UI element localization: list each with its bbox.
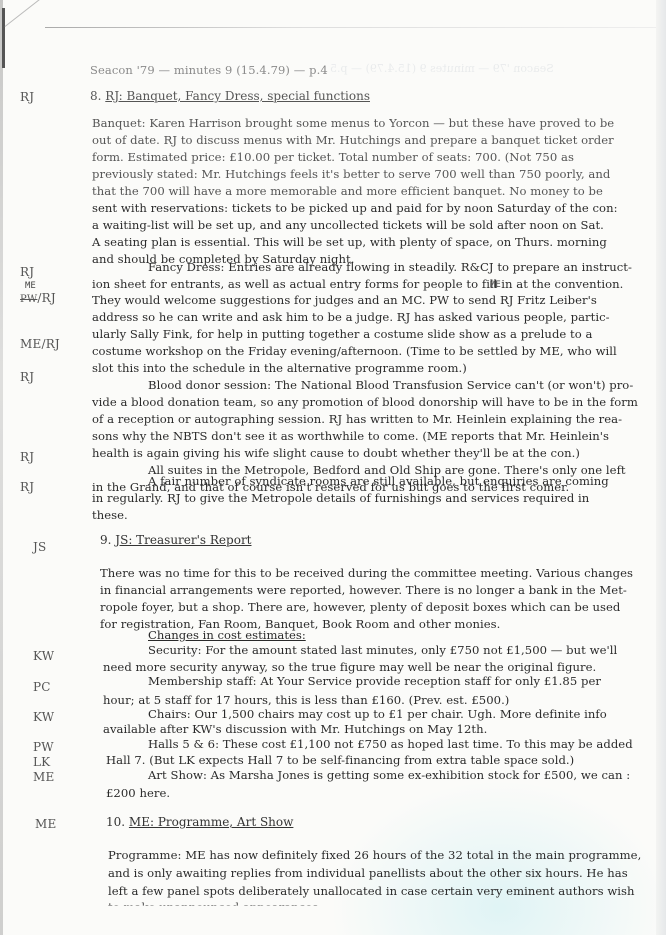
text-line: Chairs: Our 1,500 chairs may cost up to … bbox=[148, 707, 607, 721]
page-header: Seacon '79 — minutes 9 (15.4.79) — p.4 bbox=[90, 63, 328, 77]
text-line: A seating plan is essential. This will b… bbox=[92, 235, 607, 249]
text-line: costume workshop on the Friday evening/a… bbox=[92, 344, 617, 358]
text-line: Hall 7. (But LK expects Hall 7 to be sel… bbox=[106, 753, 574, 767]
text-line: Halls 5 & 6: These cost £1,100 not £750 … bbox=[148, 737, 633, 751]
handwritten-annotation: ME bbox=[25, 281, 36, 291]
text-line: Art Show: As Marsha Jones is getting som… bbox=[148, 768, 630, 782]
text-line: and is only awaiting replies from indivi… bbox=[108, 866, 628, 880]
text-line: ion sheet for entrants, as well as actua… bbox=[92, 277, 623, 291]
text-line-cut-off: to make unannounced appearances. bbox=[108, 900, 322, 914]
text-line: Blood donor session: The National Blood … bbox=[148, 378, 633, 392]
text-line: these. bbox=[92, 508, 128, 522]
section-heading: 9. JS: Treasurer's Report bbox=[100, 533, 252, 547]
section-number: 10. bbox=[106, 815, 125, 829]
text-line: left a few panel spots deliberately unal… bbox=[108, 884, 635, 898]
text-line: There was no time for this to be receive… bbox=[100, 566, 633, 580]
margin-tag: ME bbox=[35, 817, 56, 831]
handwritten-annotation: ME bbox=[490, 280, 501, 290]
text-line: health is again giving his wife slight c… bbox=[92, 446, 580, 460]
margin-tag: ME/RJ bbox=[20, 337, 60, 351]
margin-tag: PW/RJ bbox=[20, 291, 56, 305]
text-line: out of date. RJ to discuss menus with Mr… bbox=[92, 133, 614, 147]
text-line: form. Estimated price: £10.00 per ticket… bbox=[92, 150, 574, 164]
text-line: Programme: ME has now definitely fixed 2… bbox=[108, 848, 641, 862]
text-line: hour; at 5 staff for 17 hours, this is l… bbox=[103, 693, 509, 707]
struck-tag: PW bbox=[20, 294, 37, 305]
text-line: Banquet: Karen Harrison brought some men… bbox=[92, 116, 614, 130]
text-line: a waiting-list will be set up, and any u… bbox=[92, 218, 604, 232]
text-line: address so he can write and ask him to b… bbox=[92, 310, 610, 324]
text-line: Fancy Dress: Entries are already flowing… bbox=[148, 260, 632, 274]
margin-tag: RJ bbox=[20, 265, 34, 279]
section-title: ME: Programme, Art Show bbox=[129, 815, 293, 829]
margin-tag: RJ bbox=[20, 450, 34, 464]
page-fold-line bbox=[45, 27, 666, 28]
page-left-edge bbox=[0, 0, 3, 935]
section-title: RJ: Banquet, Fancy Dress, special functi… bbox=[105, 89, 370, 103]
margin-tag: RJ bbox=[20, 90, 34, 104]
margin-tag: PW bbox=[33, 740, 54, 754]
tag-suffix: /RJ bbox=[37, 291, 56, 305]
text-line: slot this into the schedule in the alter… bbox=[92, 361, 467, 375]
margin-tag: LK bbox=[33, 755, 50, 769]
text-line: that the 700 will have a more memorable … bbox=[92, 184, 603, 198]
text-line: A fair number of syndicate rooms are sti… bbox=[148, 474, 609, 488]
text-line: Membership staff: At Your Service provid… bbox=[148, 674, 601, 688]
section-heading: 8. RJ: Banquet, Fancy Dress, special fun… bbox=[90, 89, 370, 103]
text-line: vide a blood donation team, so any promo… bbox=[92, 395, 638, 409]
bleed-through-text: Seacon '79 — minutes 9 (15.4.79) — p.5 bbox=[330, 62, 554, 75]
text-line: sent with reservations: tickets to be pi… bbox=[92, 201, 618, 215]
section-number: 8. bbox=[90, 89, 101, 103]
text-line: previously stated: Mr. Hutchings feels i… bbox=[92, 167, 610, 181]
section-heading: 10. ME: Programme, Art Show bbox=[106, 815, 293, 829]
margin-tag: PC bbox=[33, 680, 51, 694]
staple-corner-mark bbox=[2, 8, 45, 68]
margin-tag: ME bbox=[33, 770, 54, 784]
text-line: sons why the NBTS don't see it as worthw… bbox=[92, 429, 609, 443]
margin-tag: KW bbox=[33, 649, 54, 663]
section-title: JS: Treasurer's Report bbox=[115, 533, 251, 547]
margin-tag: RJ bbox=[20, 480, 34, 494]
margin-tag: JS bbox=[33, 540, 46, 554]
margin-tag: RJ bbox=[20, 370, 34, 384]
text-line: in financial arrangements were reported,… bbox=[100, 583, 627, 597]
section-number: 9. bbox=[100, 533, 111, 547]
text-line: ropole foyer, but a shop. There are, how… bbox=[100, 600, 620, 614]
text-line: They would welcome suggestions for judge… bbox=[92, 293, 597, 307]
text-line: Security: For the amount stated last min… bbox=[148, 643, 617, 657]
subheading: Changes in cost estimates: bbox=[148, 628, 306, 642]
text-line: need more security anyway, so the true f… bbox=[103, 660, 596, 674]
text-line: available after KW's discussion with Mr.… bbox=[103, 722, 487, 736]
text-line: in regularly. RJ to give the Metropole d… bbox=[92, 491, 589, 505]
text-line: £200 here. bbox=[106, 786, 170, 800]
text-line: ularly Sally Fink, for help in putting t… bbox=[92, 327, 593, 341]
text-line: of a reception or autographing session. … bbox=[92, 412, 622, 426]
margin-tag: KW bbox=[33, 710, 54, 724]
